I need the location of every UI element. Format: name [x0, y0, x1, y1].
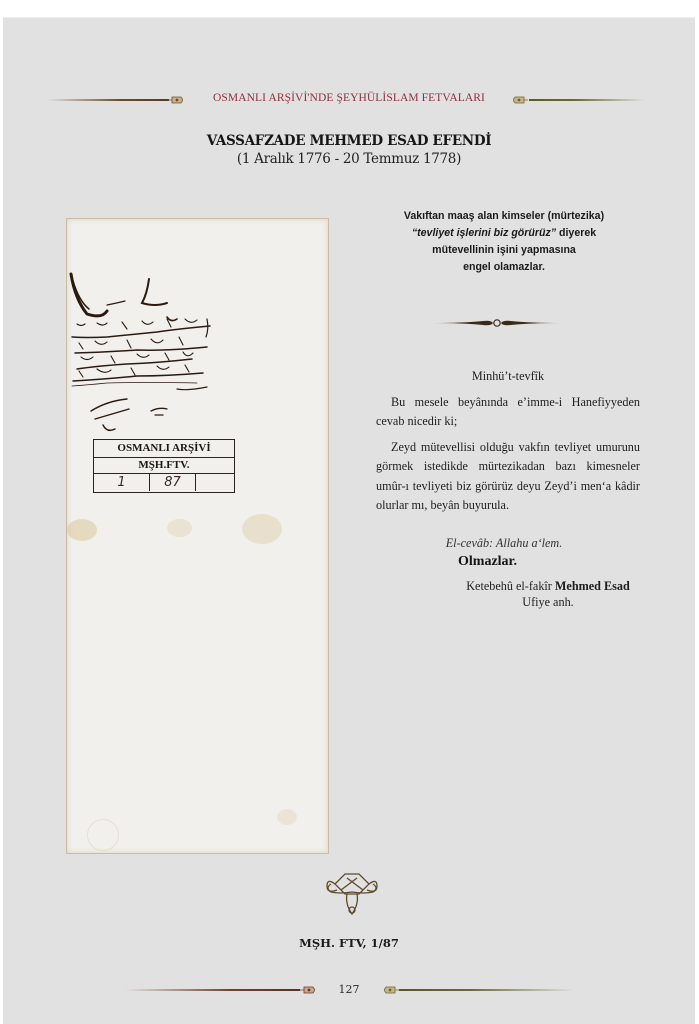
- archival-document-image: OSMANLI ARŞİVİ MŞH.FTV. 1 87: [66, 218, 329, 854]
- ottoman-calligraphy: [67, 219, 328, 853]
- fetva-question-intro: Bu mesele beyânında e’imme-i Hanefiyyede…: [376, 393, 640, 432]
- pen-finial-icon: [511, 95, 529, 105]
- fetva-question: Zeyd mütevellisi olduğu vakfın tevliyet …: [376, 438, 640, 516]
- running-header: OSMANLI ARŞİVİ'NDE ŞEYHÜLİSLAM FETVALARI: [3, 88, 695, 112]
- answer-label: El-cevâb: Allahu a‘lem.: [363, 536, 645, 551]
- scroll-divider-icon: [433, 317, 561, 329]
- signature-name: Mehmed Esad: [555, 579, 630, 593]
- running-title: OSMANLI ARŞİVİ'NDE ŞEYHÜLİSLAM FETVALARI: [3, 92, 695, 104]
- summary-quote: “tevliyet işlerini biz görürüz”: [412, 227, 556, 239]
- archive-stamp: OSMANLI ARŞİVİ MŞH.FTV. 1 87: [93, 439, 235, 493]
- page-footer: 127: [3, 981, 695, 1001]
- page-number: 127: [3, 983, 695, 996]
- sheikh-name: VASSAFZADE MEHMED ESAD EFENDİ: [3, 133, 695, 149]
- summary-line: engel olamazlar.: [363, 259, 645, 276]
- summary-line: “tevliyet işlerini biz görürüz” diyerek: [363, 225, 645, 242]
- signature-suffix: Ufiye anh.: [453, 594, 643, 610]
- archive-reference: MŞH. FTV, 1/87: [3, 936, 695, 950]
- header-rule-right: [529, 99, 645, 101]
- summary-line: mütevellinin işini yapmasına: [363, 242, 645, 259]
- tenure-dates: (1 Aralık 1776 - 20 Temmuz 1778): [3, 151, 695, 167]
- summary-line: Vakıftan maaş alan kimseler (mürtezika): [363, 208, 645, 225]
- signature-prefix: Ketebehû el-fakîr: [466, 579, 555, 593]
- fetva-opening: Minhü’t-tevfîk: [376, 367, 640, 387]
- fetva-signature: Ketebehû el-fakîr Mehmed Esad Ufiye anh.: [453, 578, 643, 610]
- stamp-collection-code: MŞH.FTV.: [94, 458, 234, 474]
- stamp-blank-cell: [196, 474, 234, 491]
- section-heading: VASSAFZADE MEHMED ESAD EFENDİ (1 Aralık …: [3, 133, 695, 167]
- fetva-text: Minhü’t-tevfîk Bu mesele beyânında e’imm…: [376, 367, 640, 522]
- stamp-archive-name: OSMANLI ARŞİVİ: [94, 440, 234, 458]
- summary-line-rest: diyerek: [556, 227, 596, 239]
- celtic-knot-icon: [325, 870, 379, 918]
- stamp-number-row: 1 87: [94, 474, 234, 491]
- stamp-document-number: 87: [150, 474, 196, 491]
- fetva-answer: Olmazlar.: [458, 554, 517, 570]
- pen-finial-icon: [382, 985, 400, 995]
- fetva-summary: Vakıftan maaş alan kimseler (mürtezika) …: [363, 208, 645, 276]
- stamp-folder-number: 1: [94, 474, 150, 491]
- footer-rule-right: [399, 989, 575, 991]
- book-page: OSMANLI ARŞİVİ'NDE ŞEYHÜLİSLAM FETVALARI…: [3, 17, 695, 1024]
